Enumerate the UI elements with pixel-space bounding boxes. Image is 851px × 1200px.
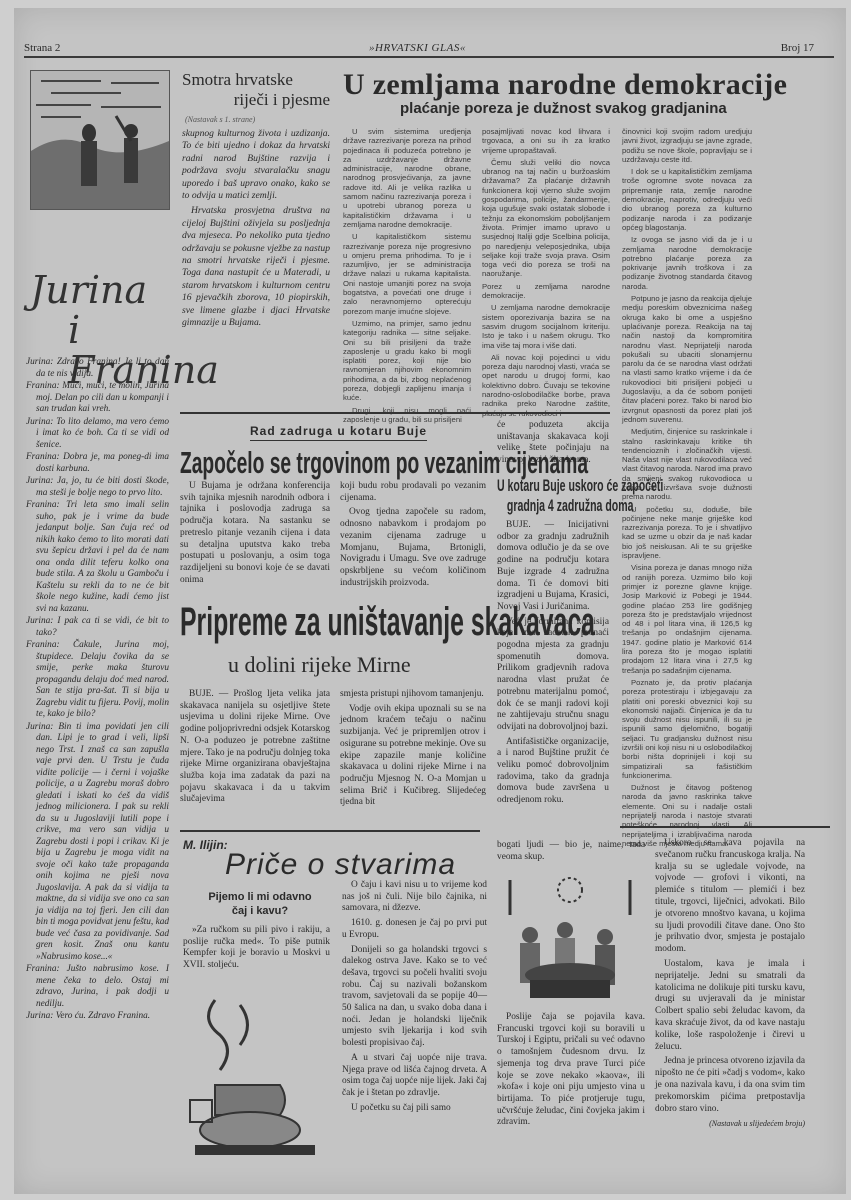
speaker: Franina: — [26, 381, 60, 391]
skakavci-col3: će poduzeta akcija uništavanja skakavaca… — [497, 420, 609, 470]
dialogue-line: Jurina: Ja, jo, tu će biti dosti škode, … — [26, 476, 169, 499]
domovi-headline: U kotaru Buje uskoro će započeti gradnja… — [497, 476, 609, 516]
skakavci-col1: BUJE. — Prošlog ljeta velika jata skakav… — [180, 689, 330, 809]
demokracija-headline: U zemljama narodne demokracije — [343, 68, 787, 102]
price-col4: Uskoro se kava pojavila na svečanom ručk… — [655, 838, 805, 1133]
section-divider — [620, 826, 830, 828]
dialogue-line: Franina: Čakule, Jurina moj, štupidece. … — [26, 640, 169, 721]
price-title: Priče o stvarima — [225, 848, 456, 882]
newspaper-title: »HRVATSKI GLAS« — [369, 42, 466, 54]
smotra-title-line1: Smotra hrvatske — [182, 70, 330, 90]
speaker: Franina: — [26, 964, 60, 974]
zadruge-col1: U Bujama je održana konferencija svih ta… — [180, 481, 330, 589]
coffee-pot-illustration — [185, 990, 325, 1160]
dialogue-line: Franina: Muci, muci, te molin, Jurina mo… — [26, 381, 169, 416]
price-author: M. Ilijin: — [183, 838, 228, 852]
coffee-pot-icon — [185, 990, 325, 1160]
price-intro: »Za ručkom su pili pivo i rakiju, a posl… — [183, 925, 330, 975]
skakavci-col2: smjesta pristupi njihovom tamanjenju. Vo… — [340, 689, 486, 812]
speaker: Jurina: — [26, 722, 53, 732]
issue-number: Broj 17 — [781, 42, 814, 54]
section-divider — [180, 830, 480, 832]
jurina-dialogue: Jurina: Zdravo Franina! Je li to dan da … — [26, 357, 169, 1024]
domovi-headline-line2: gradnja 4 zadružna doma — [497, 496, 566, 516]
domovi-headline-line1: U kotaru Buje uskoro će započeti — [497, 476, 566, 496]
price-subhead: Pijemo li mi odavno čaj i kavu? — [185, 890, 335, 918]
skakavci-subhead: u dolini rijeke Mirne — [228, 652, 411, 678]
speaker: Jurina: — [26, 357, 53, 367]
speaker: Jurina: — [26, 616, 53, 626]
two-men-talking-illustration — [30, 70, 170, 210]
price-col3-top: bogati ljudi — bio je, naime, tada veoma… — [497, 840, 645, 866]
dialogue-line: Jurina: Zdravo Franina! Je li to dan da … — [26, 357, 169, 380]
tea-party-icon — [505, 875, 635, 1000]
landscape-figures-icon — [31, 71, 169, 209]
page-number: Strana 2 — [24, 42, 60, 54]
smotra-title-line2: riječi i pjesme — [182, 90, 330, 110]
domovi-body: BUJE. — Inicijativni odbor za gradnju za… — [497, 520, 609, 810]
smotra-body: skupnog kulturnog života i uzdizanja. To… — [182, 128, 330, 333]
speaker: Franina: — [26, 452, 60, 462]
dialogue-line: Jurina: To lito delamo, ma vero ćemo i i… — [26, 417, 169, 452]
speaker: Jurina: — [26, 417, 53, 427]
dialogue-line: Franina: Dobra je, ma poneg-di ima dosti… — [26, 452, 169, 475]
demokracija-subhead: plaćanje poreza je dužnost svakog gradja… — [400, 100, 727, 117]
dialogue-line: Franina: Jušto nabrusimo kose. I mene če… — [26, 964, 169, 1010]
price-subhead-line2: čaj i kavu? — [185, 904, 335, 918]
dialogue-line: Jurina: I pak ca ti se vidi, će bit to t… — [26, 616, 169, 639]
price-subhead-line1: Pijemo li mi odavno — [185, 890, 335, 904]
price-col2: O čaju i kavi nisu u to vrijeme kod nas … — [342, 880, 487, 1117]
jurina-title-line1: Jurina — [30, 270, 190, 310]
continued-note: (Nastavak s 1. strane) — [185, 115, 255, 124]
dialogue-line: Jurina: Bin ti ima povidati jen cili dan… — [26, 722, 169, 964]
zadruge-col2: koji budu robu prodavali po vezanim cije… — [340, 481, 486, 592]
smotra-title: Smotra hrvatske riječi i pjesme — [182, 70, 330, 110]
section-divider — [180, 412, 610, 414]
speaker: Jurina: — [26, 1011, 53, 1021]
speaker: Franina: — [26, 500, 60, 510]
speaker: Jurina: — [26, 476, 53, 486]
continued-note: (Nastavak u slijedećem broju) — [655, 1118, 805, 1130]
dialogue-line: Jurina: Vero ću. Zdravo Franina. — [26, 1011, 169, 1023]
price-col3: Poslije čaja se pojavila kava. Francuski… — [497, 1012, 645, 1132]
demokracija-col2: posajmljivati novac kod lihvara i trgova… — [482, 127, 610, 421]
zadruge-kicker: Rad zadruga u kotaru Buje — [250, 424, 427, 441]
tea-party-illustration — [505, 875, 635, 1000]
speaker: Franina: — [26, 640, 60, 650]
demokracija-col1: U svim sistemima uredjenja države razrez… — [343, 127, 471, 427]
masthead: Strana 2 »HRVATSKI GLAS« Broj 17 — [24, 42, 834, 58]
dialogue-line: Franina: Tri leta smo imali selin suho, … — [26, 500, 169, 615]
